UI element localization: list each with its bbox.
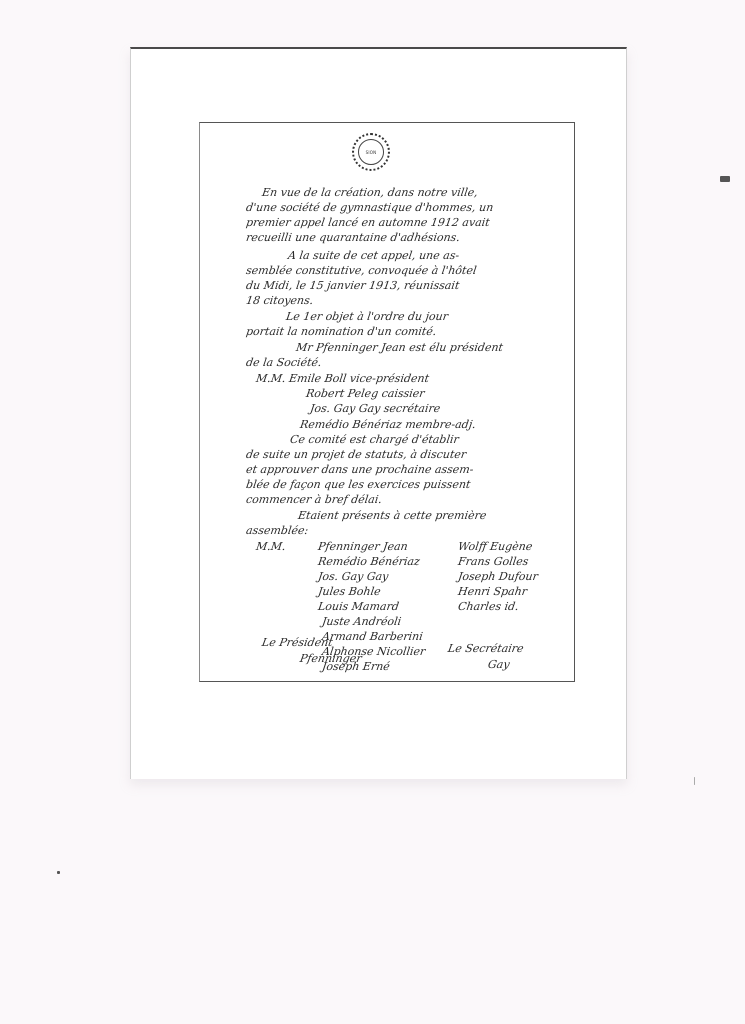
handwritten-line: Robert Peleg caissier <box>305 387 425 402</box>
handwritten-line: commencer à bref délai. <box>245 493 383 508</box>
handwritten-line: Ce comité est chargé d'établir <box>289 433 460 448</box>
attendee-name: Frans Golles <box>457 555 529 570</box>
handwritten-line: d'une société de gymnastique d'hommes, u… <box>245 201 494 216</box>
attendee-name: Wolff Eugène <box>457 540 533 555</box>
attendee-name: Remédio Bénériaz <box>317 555 421 570</box>
handwritten-line: recueilli une quarantaine d'adhésions. <box>245 231 461 246</box>
handwritten-line: Remédio Bénériaz membre-adj. <box>299 418 477 433</box>
handwritten-line: Le 1er objet à l'ordre du jour <box>285 310 449 325</box>
handwritten-line: portait la nomination d'un comité. <box>245 325 437 340</box>
seal-center: SION <box>358 139 384 165</box>
president-label: Le Président <box>261 636 334 649</box>
attendee-name: Armand Barberini <box>321 630 424 645</box>
attendee-name: Pfenninger Jean <box>317 540 409 555</box>
attendee-name: Henri Spahr <box>457 585 528 600</box>
handwritten-line: Jos. Gay Gay secrétaire <box>309 402 441 417</box>
handwritten-line: 18 citoyens. <box>245 294 314 309</box>
seal-center-text: SION <box>366 150 377 155</box>
president-signature: Pfenninger <box>299 652 363 665</box>
attendee-name: Jules Bohle <box>317 585 382 600</box>
handwritten-line: A la suite de cet appel, une as- <box>287 249 460 264</box>
attendees-prefix: M.M. <box>255 540 287 555</box>
handwritten-line: du Midi, le 15 janvier 1913, réunissait <box>245 279 460 294</box>
handwritten-line: premier appel lancé en automne 1912 avai… <box>245 216 491 231</box>
attendee-name: Charles id. <box>457 600 520 615</box>
handwritten-line: Mr Pfenninger Jean est élu président <box>295 341 504 356</box>
attendee-name: Juste Andréoli <box>321 615 402 630</box>
handwritten-line: semblée constitutive, convoquée à l'hôte… <box>245 264 477 279</box>
secretary-label: Le Secrétaire <box>447 642 525 655</box>
attendee-name: Louis Mamard <box>317 600 400 615</box>
handwritten-line: de suite un projet de statuts, à discute… <box>245 448 467 463</box>
scan-speck <box>57 871 60 874</box>
handwritten-line: En vue de la création, dans notre ville, <box>261 186 479 201</box>
handwritten-line: M.M. Emile Boll vice-président <box>255 372 430 387</box>
handwritten-line: assemblée: <box>245 524 309 539</box>
handwritten-line: Etaient présents à cette première <box>297 509 487 524</box>
handwritten-line: et approuver dans une prochaine assem- <box>245 463 474 478</box>
scan-speck <box>694 777 695 785</box>
secretary-signature: Gay <box>487 658 511 671</box>
attendee-name: Jos. Gay Gay <box>317 570 389 585</box>
attendee-name: Joseph Dufour <box>457 570 539 585</box>
handwritten-line: de la Société. <box>245 356 322 371</box>
society-seal-icon: SION <box>352 133 390 171</box>
scan-speck <box>720 176 730 182</box>
handwritten-line: blée de façon que les exercices puissent <box>245 478 471 493</box>
